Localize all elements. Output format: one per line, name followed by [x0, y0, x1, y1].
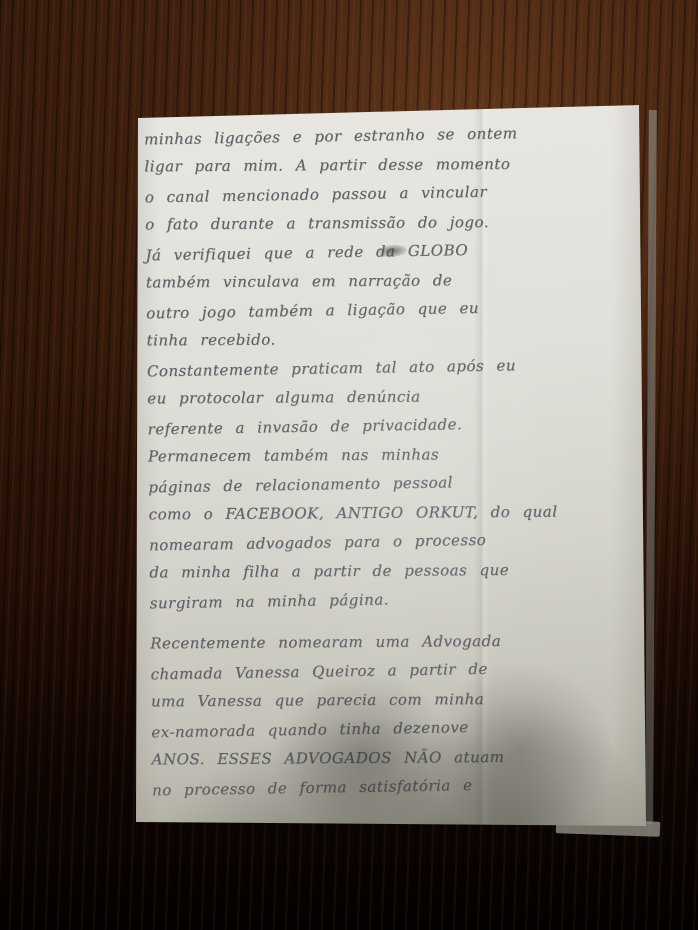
photo-scene: minhas ligações e por estranho se ontem … [0, 0, 698, 930]
handwriting-line: surgiram na minha página. [149, 583, 558, 619]
handwritten-text-block: minhas ligações e por estranho se ontem … [144, 120, 561, 805]
handwritten-note-paper: minhas ligações e por estranho se ontem … [128, 98, 654, 844]
handwriting-line: no processo de forma satisfatória e [152, 770, 561, 806]
